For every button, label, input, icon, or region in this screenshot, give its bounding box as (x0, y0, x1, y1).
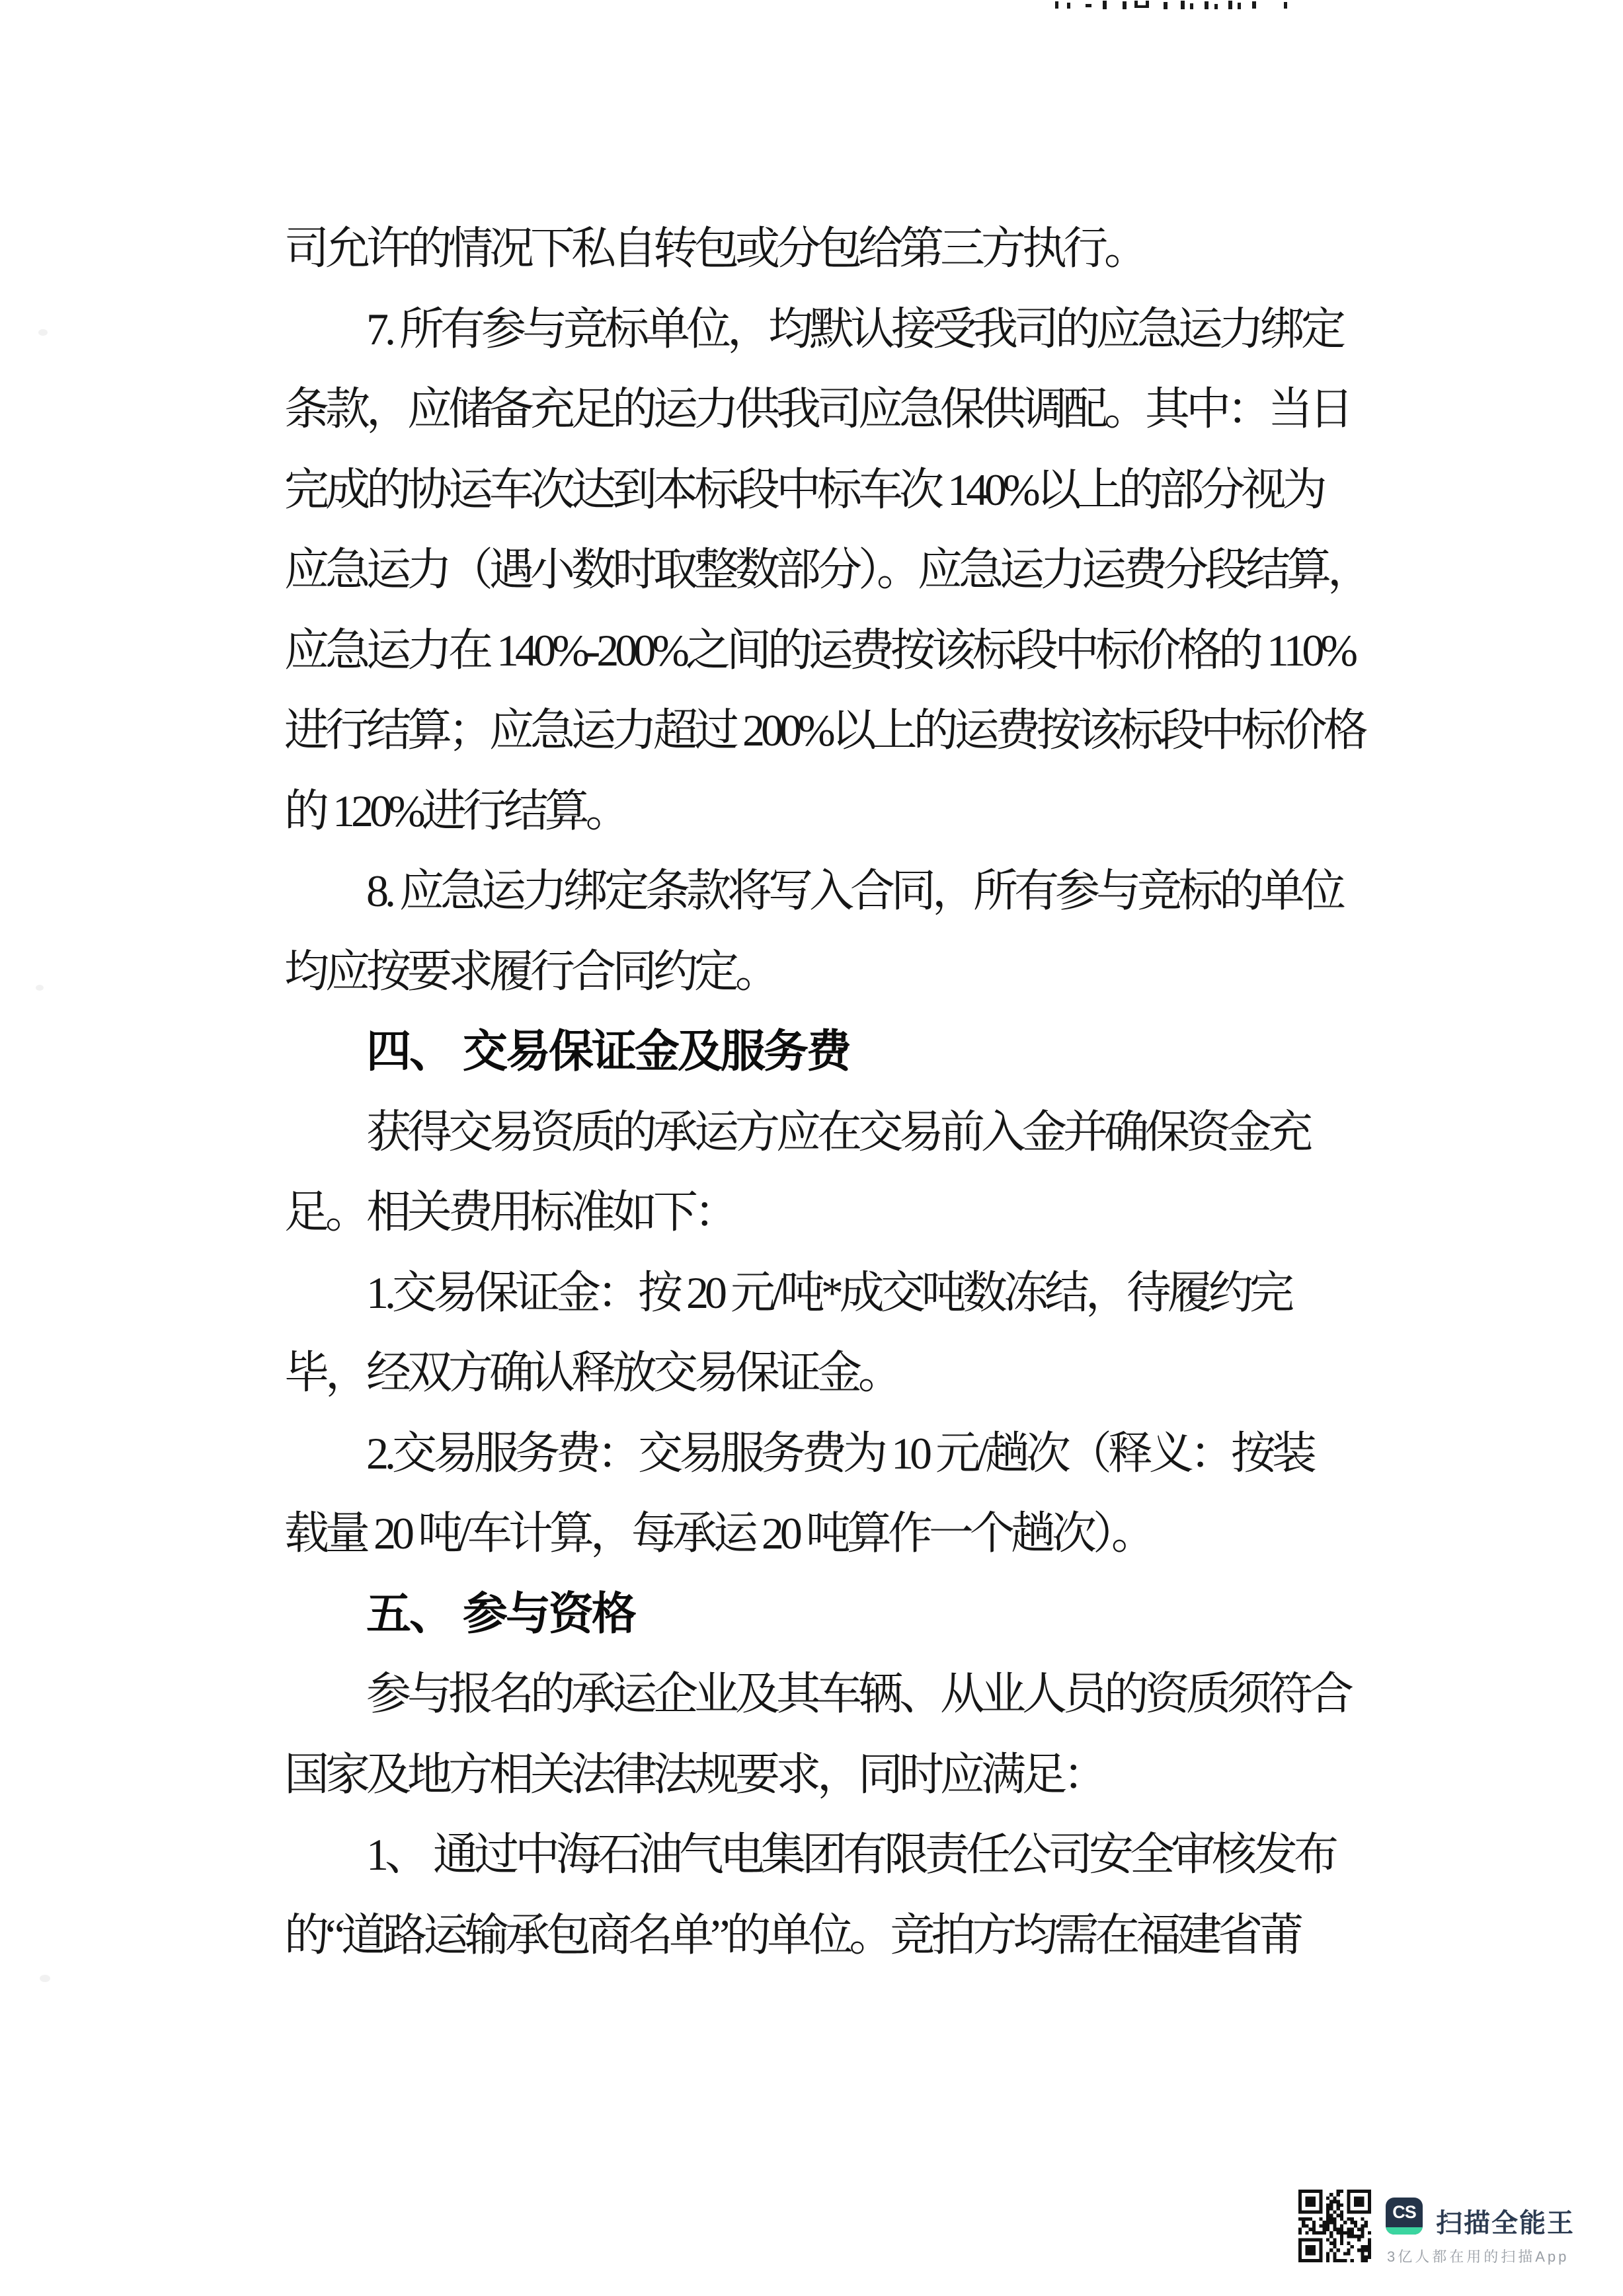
page-top-cutoff-text-fragment (1051, 0, 1329, 12)
document-line: 的 120%进行结算。 (284, 775, 1382, 856)
document-body: 司允许的情况下私自转包或分包给第三方执行。 7. 所有参与竞标单位，均默认接受我… (284, 213, 1382, 1979)
document-line: 的“道路运输承包商名单”的单位。竞拍方均需在福建省莆 (284, 1899, 1382, 1980)
cs-logo-icon: CS (1386, 2198, 1423, 2227)
document-line: 司允许的情况下私自转包或分包给第三方执行。 (284, 213, 1382, 293)
document-line: 进行结算；应急运力超过 200%以上的运费按该标段中标价格 (284, 695, 1382, 775)
document-line: 7. 所有参与竞标单位，均默认接受我司的应急运力绑定 (284, 293, 1382, 374)
qr-code (1298, 2190, 1371, 2262)
document-line: 2.交易服务费：交易服务费为 10 元/趟次（释义：按装 (284, 1418, 1382, 1498)
document-line: 均应按要求履行合同约定。 (284, 936, 1382, 1016)
document-line: 载量 20 吨/车计算，每承运 20 吨算作一个趟次）。 (284, 1498, 1382, 1578)
document-line: 国家及地方相关法律法规要求，同时应满足： (284, 1739, 1382, 1819)
document-line: 完成的协运车次达到本标段中标车次 140%以上的部分视为 (284, 454, 1382, 535)
document-line: 参与报名的承运企业及其车辆、从业人员的资质须符合 (284, 1658, 1382, 1739)
app-icon-green-strip (1386, 2227, 1423, 2235)
document-line: 应急运力在 140%-200%之间的运费按该标段中标价格的 110% (284, 615, 1382, 695)
document-line: 毕，经双方确认释放交易保证金。 (284, 1337, 1382, 1418)
scan-smudge (36, 985, 44, 991)
document-line: 1、 通过中海石油气电集团有限责任公司安全审核发布 (284, 1819, 1382, 1899)
document-line: 8. 应急运力绑定条款将写入合同，所有参与竞标的单位 (284, 855, 1382, 936)
document-line: 1.交易保证金：按 20 元/吨*成交吨数冻结，待履约完 (284, 1257, 1382, 1338)
document-line: 应急运力（遇小数时取整数部分）。应急运力运费分段结算， (284, 534, 1382, 615)
scan-smudge (38, 329, 48, 336)
camscanner-tagline: 3亿人都在用的扫描App (1387, 2246, 1569, 2266)
camscanner-app-name: 扫描全能王 (1436, 2202, 1575, 2240)
scan-smudge (40, 1975, 50, 1982)
camscanner-watermark: CS 扫描全能王 3亿人都在用的扫描App (1298, 2190, 1603, 2276)
scanned-document-page: { "page": { "background": "#ffffff", "te… (0, 0, 1623, 2296)
section-heading-eligibility: 五、 参与资格 (284, 1578, 1382, 1659)
camscanner-app-icon: CS (1386, 2198, 1423, 2235)
section-heading-deposit-and-fees: 四、 交易保证金及服务费 (284, 1016, 1382, 1096)
document-line: 条款，应储备充足的运力供我司应急保供调配。其中：当日 (284, 373, 1382, 454)
document-line: 足。相关费用标准如下： (284, 1176, 1382, 1257)
document-line: 获得交易资质的承运方应在交易前入金并确保资金充 (284, 1096, 1382, 1177)
